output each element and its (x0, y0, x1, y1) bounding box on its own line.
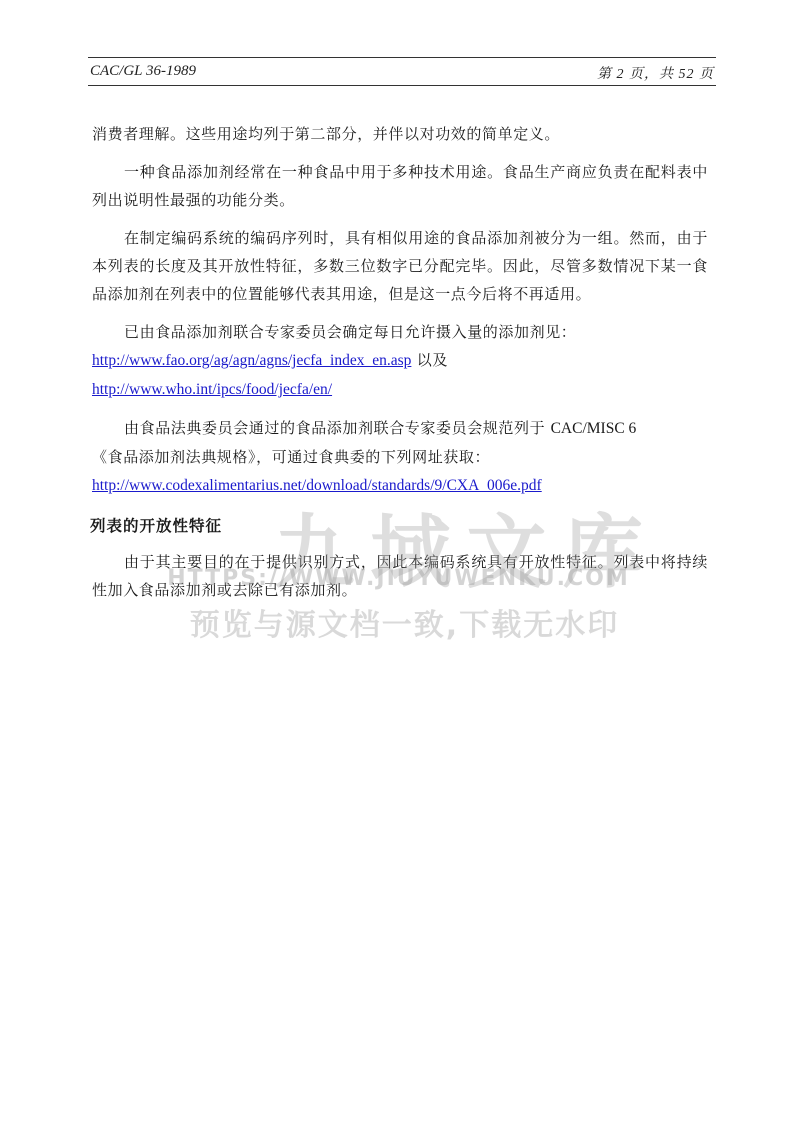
paragraph-numbering-sequence: 在制定编码系统的编码序列时，具有相似用途的食品添加剂被分为一组。然而，由于本列表… (92, 224, 708, 308)
document-code: CAC/GL 36-1989 (90, 63, 196, 80)
page-header: CAC/GL 36-1989 第 2 页，共 52 页 (88, 57, 716, 86)
paragraph-functional-class: 一种食品添加剂经常在一种食品中用于多种技术用途。食品生产商应负责在配料表中列出说… (92, 158, 708, 214)
paragraph-continuation: 消费者理解。这些用途均列于第二部分，并伴以对功效的简单定义。 (92, 120, 708, 148)
document-body: 消费者理解。这些用途均列于第二部分，并伴以对功效的简单定义。 一种食品添加剂经常… (92, 120, 708, 614)
codex-specs-link[interactable]: http://www.codexalimentarius.net/downloa… (92, 477, 542, 494)
fao-jecfa-link[interactable]: http://www.fao.org/ag/agn/agns/jecfa_ind… (92, 352, 411, 369)
specs-intro-text: 由食品法典委员会通过的食品添加剂联合专家委员会规范列于 (124, 419, 551, 437)
page-number: 第 2 页，共 52 页 (597, 63, 714, 83)
who-jecfa-link[interactable]: http://www.who.int/ipcs/food/jecfa/en/ (92, 381, 332, 398)
conjunction-text: 以及 (411, 351, 448, 369)
document-page: CAC/GL 36-1989 第 2 页，共 52 页 消费者理解。这些用途均列… (0, 0, 793, 1122)
paragraph-adi-references: 已由食品添加剂联合专家委员会确定每日允许摄入量的添加剂见： http://www… (92, 318, 708, 404)
adi-intro-text: 已由食品添加剂联合专家委员会确定每日允许摄入量的添加剂见： (92, 318, 708, 346)
paragraph-specifications: 由食品法典委员会通过的食品添加剂联合专家委员会规范列于 CAC/MISC 6 《… (92, 414, 708, 500)
paragraph-open-nature: 由于其主要目的在于提供识别方式，因此本编码系统具有开放性特征。列表中将持续性加入… (92, 548, 708, 604)
specs-title-text: 《食品添加剂法典规格》，可通过食典委的下列网址获取： (92, 448, 490, 466)
cac-misc-code: CAC/MISC 6 (551, 420, 637, 437)
section-heading: 列表的开放性特征 (90, 512, 708, 540)
